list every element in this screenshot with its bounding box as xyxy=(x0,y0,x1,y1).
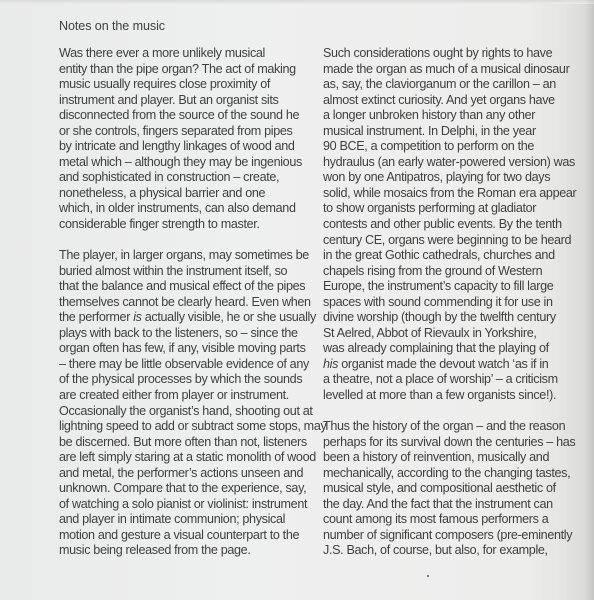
text-line: as, say, the claviorganum or the carillo… xyxy=(323,77,581,93)
text-line: organ often has few, if any, visible mov… xyxy=(59,341,309,357)
text-line: considerable finger strength to master. xyxy=(59,217,309,233)
text-line: Occasionally the organist’s hand, shooti… xyxy=(59,404,309,420)
text-line: disconnected from the source of the soun… xyxy=(59,108,309,124)
text-line: entity than the pipe organ? The act of m… xyxy=(59,62,309,78)
text-line: the day. And the fact that the instrumen… xyxy=(323,497,581,513)
left-column: Was there ever a more unlikely musicalen… xyxy=(59,46,309,575)
text-line: was already complaining that the playing… xyxy=(323,341,581,357)
text-line: of watching a solo pianist or violinist:… xyxy=(59,497,309,513)
text-line: a longer unbroken history than any other xyxy=(323,108,581,124)
text-line: the performer is actually visible, he or… xyxy=(59,310,309,326)
text-line: metal which – although they may be ingen… xyxy=(59,155,309,171)
paragraph: Such considerations ought by rights to h… xyxy=(323,46,581,404)
text-line: themselves cannot be clearly heard. Even… xyxy=(59,295,309,311)
text-line: are created either from player or instru… xyxy=(59,388,309,404)
right-column: Such considerations ought by rights to h… xyxy=(323,46,581,575)
text-line: made the organ as much of a musical dino… xyxy=(323,62,581,78)
text-line: mechanically, according to the changing … xyxy=(323,466,581,482)
text-line: – there may be little observable evidenc… xyxy=(59,357,309,373)
text-line: nonetheless, a physical barrier and one xyxy=(59,186,309,202)
text-line: lightning speed to add or subtract some … xyxy=(59,419,309,435)
page-title: Notes on the music xyxy=(59,19,165,33)
text-line: spaces with sound commending it for use … xyxy=(323,295,581,311)
text-line: almost extinct curiosity. And yet organs… xyxy=(323,93,581,109)
paragraph: The player, in larger organs, may someti… xyxy=(59,248,309,559)
text-line: and player in intimate communion; physic… xyxy=(59,512,309,528)
text-line: buried almost within the instrument itse… xyxy=(59,264,309,280)
text-line: J.S. Bach, of course, but also, for exam… xyxy=(323,543,581,559)
text-line: be discerned. But more often than not, l… xyxy=(59,435,309,451)
text-line: count among its most famous performers a xyxy=(323,512,581,528)
text-line: music usually requires close proximity o… xyxy=(59,77,309,93)
text-line: musical instrument. In Delphi, in the ye… xyxy=(323,124,581,140)
page-speck xyxy=(427,575,429,577)
text-line: Was there ever a more unlikely musical xyxy=(59,46,309,62)
text-line: instrument and player. But an organist s… xyxy=(59,93,309,109)
text-line: contests and other public events. By the… xyxy=(323,217,581,233)
paragraph: Thus the history of the organ – and the … xyxy=(323,419,581,559)
text-line: in the great Gothic cathedrals, churches… xyxy=(323,248,581,264)
text-line: perhaps for its survival down the centur… xyxy=(323,435,581,451)
text-line: The player, in larger organs, may someti… xyxy=(59,248,309,264)
page-binding-shadow xyxy=(584,0,594,600)
text-line: won by one Antipatros, playing for two d… xyxy=(323,170,581,186)
text-line: unknown. Compare that to the experience,… xyxy=(59,481,309,497)
text-line: plays with back to the listeners, so – s… xyxy=(59,326,309,342)
text-line: chapels rising from the ground of Wester… xyxy=(323,264,581,280)
text-line: Such considerations ought by rights to h… xyxy=(323,46,581,62)
text-line: solid, while mosaics from the Roman era … xyxy=(323,186,581,202)
text-line: Europe, the instrument’s capacity to fil… xyxy=(323,279,581,295)
text-line: music being released from the page. xyxy=(59,543,309,559)
text-line: and metal, the performer’s actions unsee… xyxy=(59,466,309,482)
paragraph: Was there ever a more unlikely musicalen… xyxy=(59,46,309,233)
text-line: of the physical processes by which the s… xyxy=(59,372,309,388)
text-line: are left simply staring at a static mono… xyxy=(59,450,309,466)
text-line: a theatre, not a place of worship’ – a c… xyxy=(323,372,581,388)
text-line: levelled at more than a few organists si… xyxy=(323,388,581,404)
text-line: and sophisticated in construction – crea… xyxy=(59,170,309,186)
text-line: 90 BCE, a competition to perform on the xyxy=(323,139,581,155)
text-line: number of significant composers (pre-emi… xyxy=(323,528,581,544)
emphasis-text: his xyxy=(323,357,338,371)
page-top-edge xyxy=(0,0,594,4)
text-line: that the balance and musical effect of t… xyxy=(59,279,309,295)
text-line: been a history of reinvention, musically… xyxy=(323,450,581,466)
text-line: hydraulus (an early water-powered versio… xyxy=(323,155,581,171)
text-line: which, in older instruments, can also de… xyxy=(59,201,309,217)
emphasis-text: is xyxy=(133,310,141,324)
text-line: Thus the history of the organ – and the … xyxy=(323,419,581,435)
text-line: his organist made the devout watch ‘as i… xyxy=(323,357,581,373)
text-line: to show organists performing at gladiato… xyxy=(323,201,581,217)
text-line: by intricate and lengthy linkages of woo… xyxy=(59,139,309,155)
text-line: divine worship (though by the twelfth ce… xyxy=(323,310,581,326)
text-line: or she controls, fingers separated from … xyxy=(59,124,309,140)
text-line: century CE, organs were beginning to be … xyxy=(323,233,581,249)
text-line: musical style, and compositional aesthet… xyxy=(323,481,581,497)
text-line: St Aelred, Abbot of Rievaulx in Yorkshir… xyxy=(323,326,581,342)
text-line: motion and gesture a visual counterpart … xyxy=(59,528,309,544)
